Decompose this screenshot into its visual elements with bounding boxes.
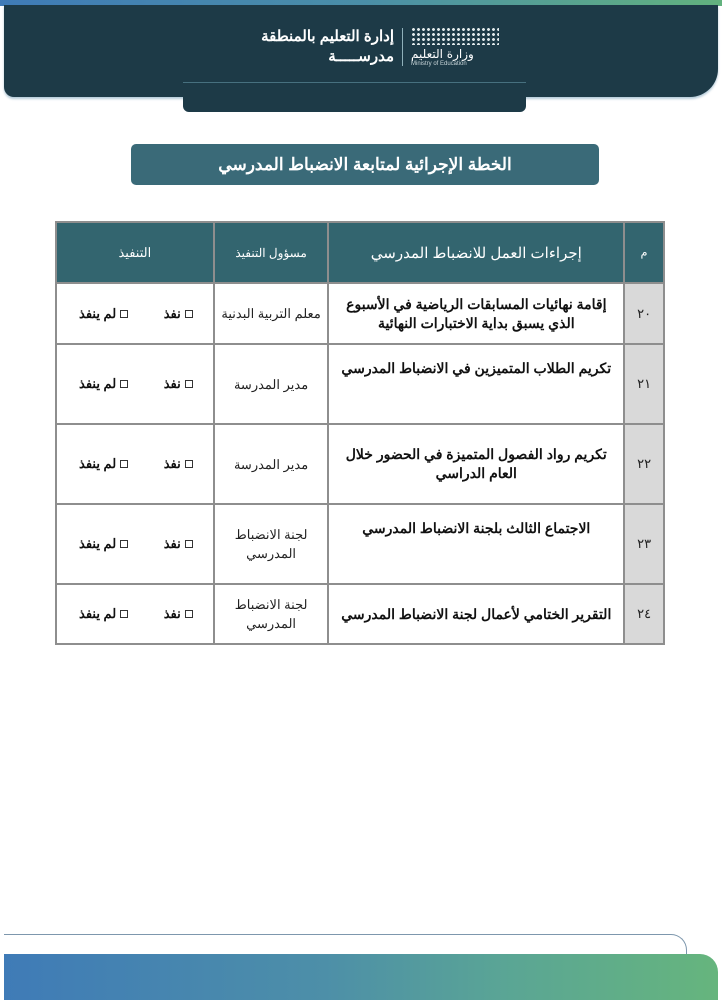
done-label: نفذ <box>164 306 181 322</box>
row-action: تكريم رواد الفصول المتميزة في الحضور خلا… <box>328 424 624 504</box>
row-number: ٢٤ <box>624 584 664 644</box>
header-school: مدرســـــة <box>261 47 394 67</box>
row-number: ٢٣ <box>624 504 664 584</box>
not-done-label: لم ينفذ <box>79 306 116 322</box>
table-row: ٢٠ إقامة نهائيات المسابقات الرياضية في ا… <box>56 283 664 344</box>
plan-table: م إجراءات العمل للانضباط المدرسي مسؤول ا… <box>55 221 665 645</box>
checkbox-icon <box>185 540 193 548</box>
header-text: إدارة التعليم بالمنطقة مدرســـــة <box>261 27 394 67</box>
row-action: الاجتماع الثالث بلجنة الانضباط المدرسي <box>328 504 624 584</box>
row-action: تكريم الطلاب المتميزين في الانضباط المدر… <box>328 344 624 424</box>
checkbox-icon <box>185 460 193 468</box>
table-header-row: م إجراءات العمل للانضباط المدرسي مسؤول ا… <box>56 222 664 283</box>
table-row: ٢٤ التقرير الختامي لأعمال لجنة الانضباط … <box>56 584 664 644</box>
page-title: الخطة الإجرائية لمتابعة الانضباط المدرسي <box>131 144 599 185</box>
ministry-logo: وزارة التعليم Ministry of Education <box>411 27 503 68</box>
row-responsible: معلم التربية البدنية <box>214 283 329 344</box>
done-checkbox[interactable]: نفذ <box>164 456 193 472</box>
footer-gradient-band <box>4 954 718 1000</box>
header-action: إجراءات العمل للانضباط المدرسي <box>328 222 624 283</box>
row-number: ٢٢ <box>624 424 664 504</box>
table-row: ٢١ تكريم الطلاب المتميزين في الانضباط ال… <box>56 344 664 424</box>
not-done-label: لم ينفذ <box>79 606 116 622</box>
not-done-checkbox[interactable]: لم ينفذ <box>79 376 128 392</box>
checkbox-icon <box>120 540 128 548</box>
checkbox-icon <box>120 460 128 468</box>
row-number: ٢١ <box>624 344 664 424</box>
header-tab <box>183 82 526 112</box>
done-checkbox[interactable]: نفذ <box>164 376 193 392</box>
not-done-checkbox[interactable]: لم ينفذ <box>79 306 128 322</box>
checkbox-icon <box>120 310 128 318</box>
row-execution: نفذ لم ينفذ <box>56 424 214 504</box>
row-action: إقامة نهائيات المسابقات الرياضية في الأس… <box>328 283 624 344</box>
not-done-checkbox[interactable]: لم ينفذ <box>79 606 128 622</box>
row-responsible: مدير المدرسة <box>214 424 329 504</box>
ministry-dots-logo-icon <box>411 27 499 45</box>
footer-divider-line <box>4 934 687 954</box>
checkbox-icon <box>185 610 193 618</box>
row-responsible: مدير المدرسة <box>214 344 329 424</box>
not-done-label: لم ينفذ <box>79 376 116 392</box>
checkbox-icon <box>185 380 193 388</box>
table-row: ٢٣ الاجتماع الثالث بلجنة الانضباط المدرس… <box>56 504 664 584</box>
not-done-checkbox[interactable]: لم ينفذ <box>79 456 128 472</box>
logo-arabic-name: وزارة التعليم <box>411 47 474 61</box>
checkbox-icon <box>120 610 128 618</box>
not-done-label: لم ينفذ <box>79 456 116 472</box>
checkbox-icon <box>185 310 193 318</box>
row-number: ٢٠ <box>624 283 664 344</box>
done-checkbox[interactable]: نفذ <box>164 536 193 552</box>
brand-divider <box>402 28 403 66</box>
header-brand: وزارة التعليم Ministry of Education إدار… <box>258 22 503 72</box>
row-responsible: لجنة الانضباط المدرسي <box>214 504 329 584</box>
row-responsible: لجنة الانضباط المدرسي <box>214 584 329 644</box>
logo-english-name: Ministry of Education <box>411 61 467 68</box>
header-execution: التنفيذ <box>56 222 214 283</box>
checkbox-icon <box>120 380 128 388</box>
done-label: نفذ <box>164 536 181 552</box>
table-row: ٢٢ تكريم رواد الفصول المتميزة في الحضور … <box>56 424 664 504</box>
done-label: نفذ <box>164 376 181 392</box>
done-label: نفذ <box>164 456 181 472</box>
row-action: التقرير الختامي لأعمال لجنة الانضباط الم… <box>328 584 624 644</box>
header-num: م <box>624 222 664 283</box>
row-execution: نفذ لم ينفذ <box>56 504 214 584</box>
row-execution: نفذ لم ينفذ <box>56 584 214 644</box>
not-done-checkbox[interactable]: لم ينفذ <box>79 536 128 552</box>
not-done-label: لم ينفذ <box>79 536 116 552</box>
header-department: إدارة التعليم بالمنطقة <box>261 27 394 47</box>
header-responsible: مسؤول التنفيذ <box>214 222 329 283</box>
row-execution: نفذ لم ينفذ <box>56 344 214 424</box>
done-checkbox[interactable]: نفذ <box>164 306 193 322</box>
done-checkbox[interactable]: نفذ <box>164 606 193 622</box>
row-execution: نفذ لم ينفذ <box>56 283 214 344</box>
done-label: نفذ <box>164 606 181 622</box>
